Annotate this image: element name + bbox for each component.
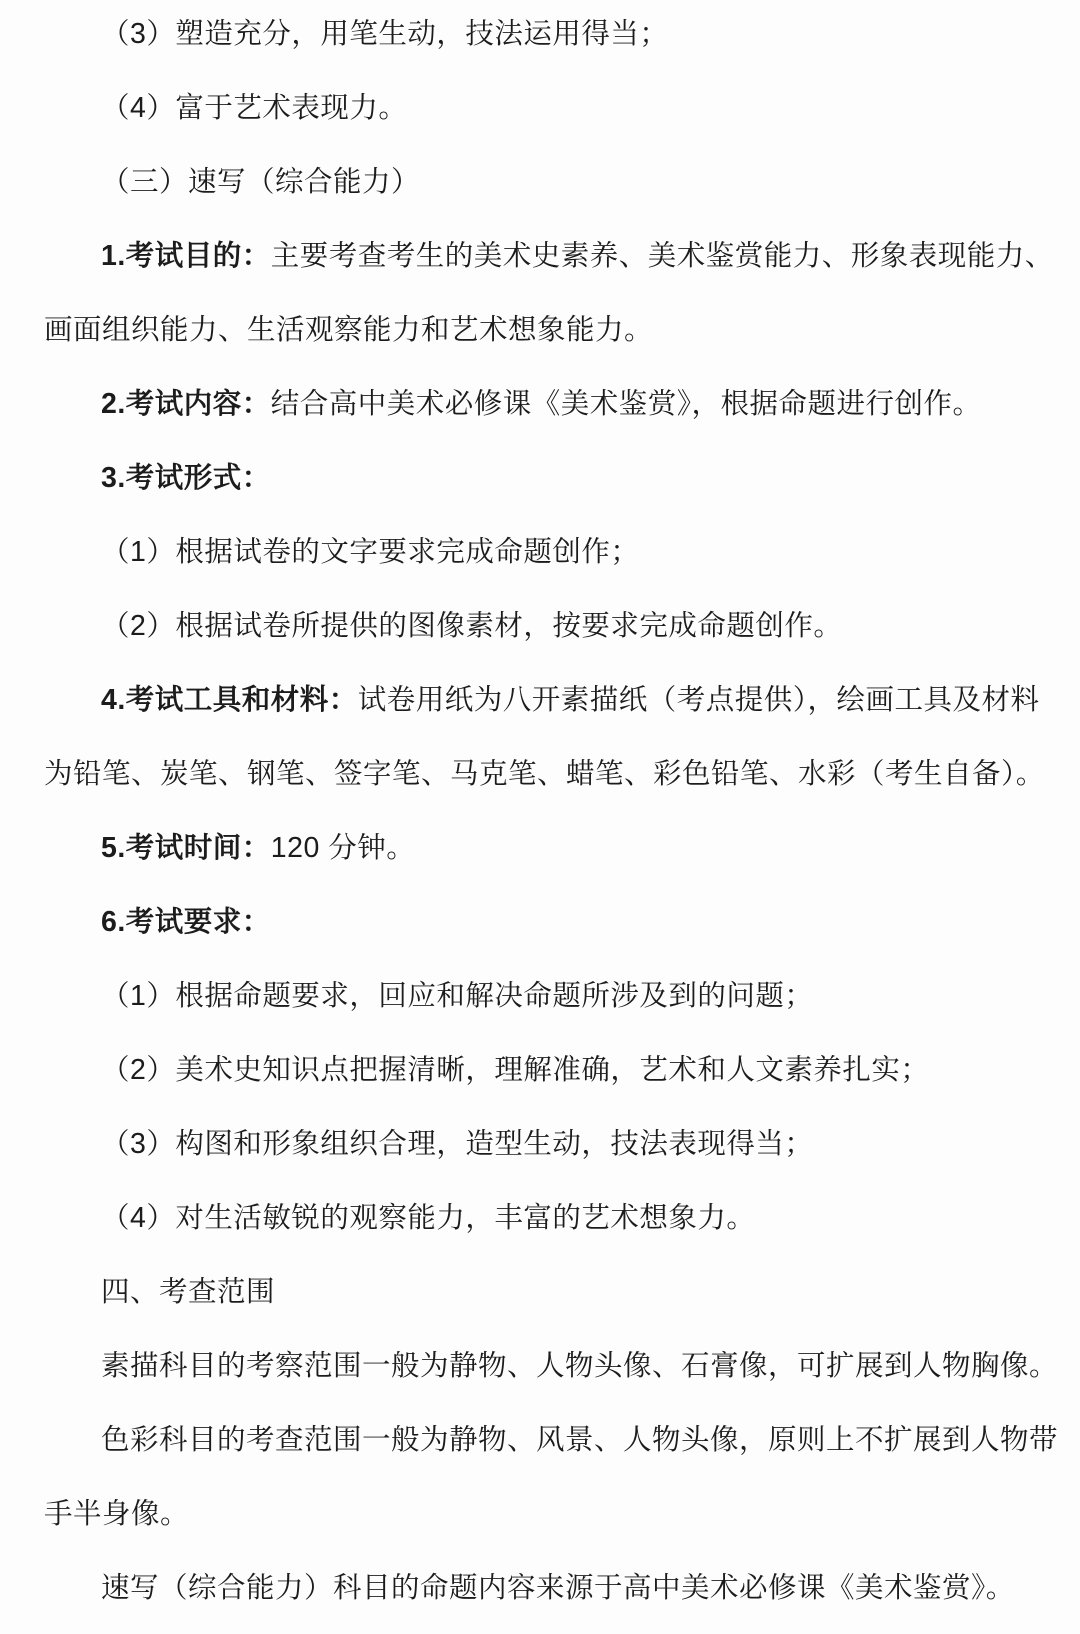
text-line: （1）根据试卷的文字要求完成命题创作； bbox=[44, 515, 1036, 589]
text-line: 色彩科目的考查范围一般为静物、风景、人物头像，原则上不扩展到人物带 bbox=[44, 1403, 1036, 1477]
text-line: （2）根据试卷所提供的图像素材，按要求完成命题创作。 bbox=[44, 589, 1036, 663]
line-heading-label: 3.考试形式： bbox=[101, 462, 271, 494]
text-line: 画面组织能力、生活观察能力和艺术想象能力。 bbox=[44, 293, 1036, 367]
text-line: 为铅笔、炭笔、钢笔、签字笔、马克笔、蜡笔、彩色铅笔、水彩（考生自备）。 bbox=[44, 737, 1036, 811]
text-line: （2）美术史知识点把握清晰，理解准确，艺术和人文素养扎实； bbox=[44, 1033, 1036, 1107]
text-line: （三）速写（综合能力） bbox=[44, 145, 1036, 219]
text-line: （3）塑造充分，用笔生动，技法运用得当； bbox=[44, 0, 1036, 71]
text-line: 4.考试工具和材料：试卷用纸为八开素描纸（考点提供），绘画工具及材料 bbox=[44, 663, 1036, 737]
text-line: 手半身像。 bbox=[44, 1477, 1036, 1551]
text-line: 2.考试内容：结合高中美术必修课《美术鉴赏》，根据命题进行创作。 bbox=[44, 367, 1036, 441]
text-line: 速写（综合能力）科目的命题内容来源于高中美术必修课《美术鉴赏》。 bbox=[44, 1551, 1036, 1625]
line-heading-label: 1.考试目的： bbox=[101, 240, 271, 272]
text-line: 四、考查范围 bbox=[44, 1255, 1036, 1329]
document-page: （3）塑造充分，用笔生动，技法运用得当；（4）富于艺术表现力。（三）速写（综合能… bbox=[0, 0, 1080, 1631]
text-line: 1.考试目的：主要考查考生的美术史素养、美术鉴赏能力、形象表现能力、 bbox=[44, 219, 1036, 293]
text-line: （1）根据命题要求，回应和解决命题所涉及到的问题； bbox=[44, 959, 1036, 1033]
text-line: （4）富于艺术表现力。 bbox=[44, 71, 1036, 145]
text-line: （4）对生活敏锐的观察能力，丰富的艺术想象力。 bbox=[44, 1181, 1036, 1255]
line-heading-label: 6.考试要求： bbox=[101, 906, 271, 938]
text-line: 6.考试要求： bbox=[44, 885, 1036, 959]
line-heading-label: 5.考试时间： bbox=[101, 832, 271, 864]
text-line: 素描科目的考察范围一般为静物、人物头像、石膏像，可扩展到人物胸像。 bbox=[44, 1329, 1036, 1403]
text-line: （3）构图和形象组织合理，造型生动，技法表现得当； bbox=[44, 1107, 1036, 1181]
document-body: （3）塑造充分，用笔生动，技法运用得当；（4）富于艺术表现力。（三）速写（综合能… bbox=[44, 0, 1036, 1625]
text-line: 5.考试时间：120 分钟。 bbox=[44, 811, 1036, 885]
line-heading-label: 4.考试工具和材料： bbox=[101, 684, 358, 716]
line-heading-label: 2.考试内容： bbox=[101, 388, 271, 420]
text-line: 3.考试形式： bbox=[44, 441, 1036, 515]
